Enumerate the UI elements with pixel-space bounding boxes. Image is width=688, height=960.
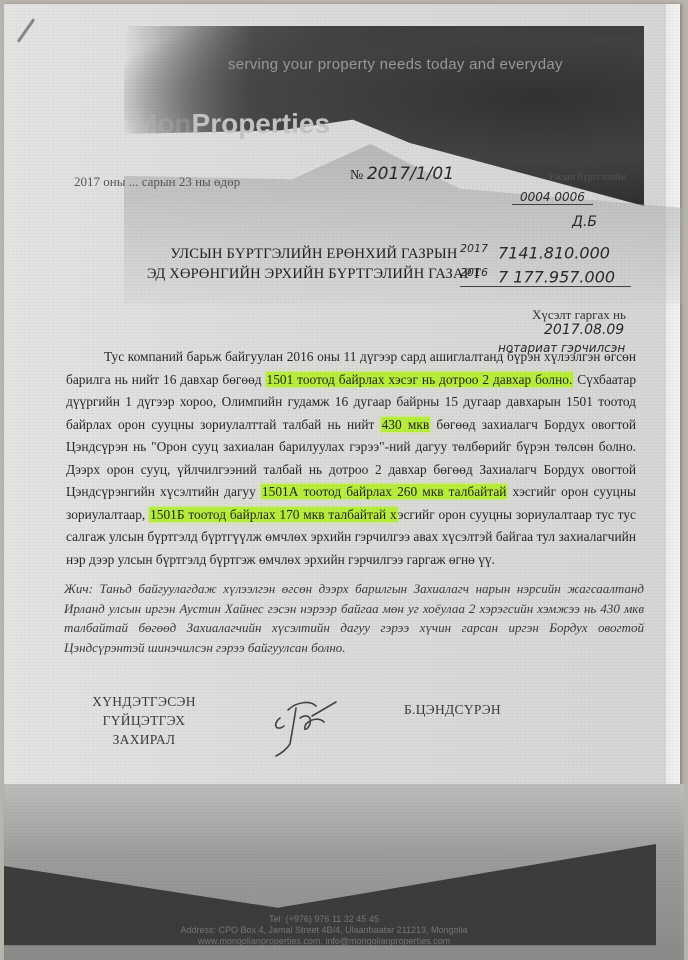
number-handwritten: 2017/1/01	[367, 164, 454, 184]
number-label: №	[350, 168, 363, 183]
letterhead-tagline: serving your property needs today and ev…	[228, 56, 668, 73]
recipient-block: УЛСЫН БҮРТГЭЛИЙН ЕРӨНХИЙ ГАЗРЫН ЭД ХӨРӨН…	[134, 244, 494, 284]
highlight-430-sqm: 430 мкв	[381, 417, 431, 432]
brand-name: Properties	[192, 108, 331, 139]
value-2017-amount: 7141.810.000	[498, 243, 610, 262]
body-paragraph: Тус компаний барьж байгуулан 2016 оны 11…	[66, 346, 636, 571]
footer-tel: Tel: (+976) 976 11 32 45 45	[94, 914, 554, 925]
brand-prefix: Mon	[134, 108, 192, 139]
highlight-1501b: 1501Б тоотод байрлах 170 мкв талбайтай х	[149, 507, 398, 522]
request-date: 2017.08.09	[544, 322, 624, 338]
signature-title-line-1: ХҮНДЭТГЭСЭН	[74, 692, 214, 711]
note-paragraph: Жич: Таньд байгуулагдаж хүлээлгэн өгсөн …	[64, 579, 644, 657]
recipient-line-2: ЭД ХӨРӨНГИЙН ЭРХИЙН БҮРТГЭЛИЙН ГАЗАРТ	[134, 264, 494, 284]
signer-name: Б.ЦЭНДСҮРЭН	[404, 702, 501, 718]
signature-title-line-2: ГҮЙЦЭТГЭХ ЗАХИРАЛ	[74, 711, 214, 749]
document-page: serving your property needs today and ev…	[4, 4, 680, 960]
highlight-1501: 1501 тоотод байрлах хэсэг нь дотроо 2 да…	[266, 372, 574, 387]
pen-mark	[17, 18, 36, 43]
addressee-stamp: Улсын бүртгэлийн	[512, 172, 662, 183]
value-2016-amount: 7 177.957.000	[498, 267, 615, 286]
request-label: Хүсэлт гаргах нь	[532, 307, 626, 323]
highlight-1501a: 1501А тоотод байрлах 260 мкв талбайтай	[261, 484, 508, 499]
letterhead-brand: MonProperties	[134, 108, 330, 140]
signature-icon	[266, 688, 346, 758]
recipient-line-1: УЛСЫН БҮРТГЭЛИЙН ЕРӨНХИЙ ГАЗРЫН	[134, 244, 494, 264]
date-line: 2017 оны ... сарын 23 ны өдөр	[74, 174, 240, 190]
handwritten-note-2: Д.Б	[572, 214, 597, 230]
footer-address: Address: CPO Box 4, Jamal Street 4B/4, U…	[94, 925, 554, 936]
signature-title: ХҮНДЭТГЭСЭН ГҮЙЦЭТГЭХ ЗАХИРАЛ	[74, 692, 214, 749]
handwritten-note-1: 0004 0006	[512, 190, 593, 205]
footer-contact: Tel: (+976) 976 11 32 45 45 Address: CPO…	[94, 914, 554, 947]
footer-web: www.mongolianproperties.com, info@mongol…	[94, 936, 554, 947]
document-number: № 2017/1/01	[350, 164, 454, 184]
